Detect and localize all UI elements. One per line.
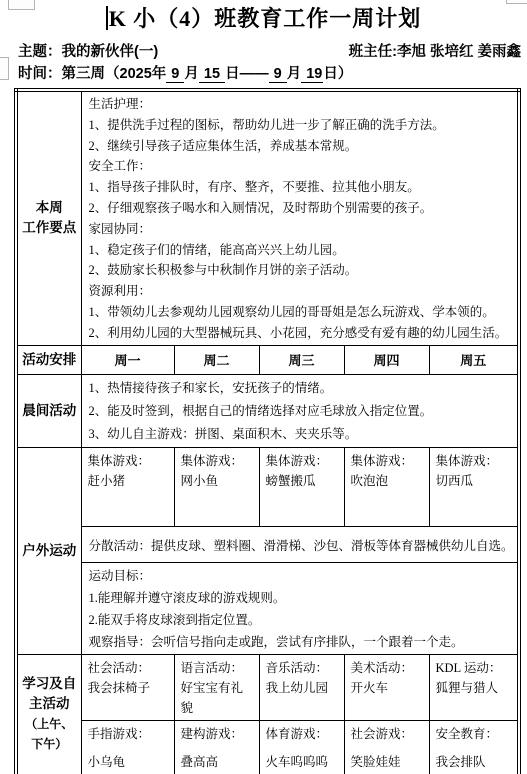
activity-label: 安全教育： [436,724,514,744]
collective-game-label: 集体游戏： [88,451,170,471]
text-line: 2、继续引导孩子适应集体生活，养成基本常规。 [89,136,515,157]
activity-value: 我会抹椅子 [88,678,170,698]
learning-cell-thursday: 美术活动： 开火车 [344,654,429,720]
table-row: 运动目标： 1.能理解并遵守滚皮球的游戏规则。 2.能双手将皮球滚到指定位置。 … [16,562,519,654]
time-sep3: 月 [287,66,302,82]
table-row: 分散活动：提供皮球、塑料圈、滑滑梯、沙包、滑板等体育器械供幼儿自选。 [16,526,519,562]
row-label-learning: 学习及自主活动 （上午、下午） [16,654,81,774]
day-header-thursday: 周四 [344,345,429,374]
time-line: 时间：第三周（2025年 9 月 15 日—— 9 月 19日） [18,62,352,83]
game-cell-friday: 安全教育： 我会排队 [429,720,519,774]
text-line: 2.能双手将皮球滚到指定位置。 [89,609,515,631]
learning-cell-wednesday: 音乐活动： 我上幼儿园 [259,654,344,720]
activity-value: 好宝宝有礼貌 [181,678,255,718]
meta-row: 主题：我的新伙伴(一) 班主任:李旭 张培红 姜雨鑫 [18,40,521,61]
day-header-tuesday: 周二 [174,345,259,374]
collective-game-cell-friday: 集体游戏： 切西瓜 [429,447,519,526]
weekly-plan-table: 本周 工作要点 生活护理： 1、提供洗手过程的图标，帮助幼儿进一步了解正确的洗手… [14,88,521,774]
game-cell-wednesday: 体育游戏： 火车呜呜呜 [259,720,344,774]
text-line: 1、指导孩子排队时，有序、整齐，不要推、拉其他小朋友。 [89,177,515,198]
collective-game-label: 集体游戏： [436,451,514,471]
edge-artifact [0,57,9,80]
weekly-points-cell: 生活护理： 1、提供洗手过程的图标，帮助幼儿进一步了解正确的洗手方法。 2、继续… [81,90,519,345]
text-line: 1、稳定孩子们的情绪，能高高兴兴上幼儿园。 [89,240,515,261]
time-sep1: 月 [184,66,199,82]
collective-game-label: 集体游戏： [181,451,255,471]
day-header-wednesday: 周三 [259,345,344,374]
text-line: 资源利用： [89,281,515,302]
row-label-schedule: 活动安排 [16,345,81,374]
collective-game-cell-monday: 集体游戏： 赶小猪 [81,447,174,526]
sport-goals-cell: 运动目标： 1.能理解并遵守滚皮球的游戏规则。 2.能双手将皮球滚到指定位置。 … [81,562,519,654]
collective-game-label: 集体游戏： [351,451,425,471]
table-row: 手指游戏： 小乌龟 建构游戏： 叠高高 体育游戏： 火车呜呜呜 社会游戏： 笑脸… [16,720,519,774]
text-line: 生活护理： [89,94,515,115]
row-label-morning: 晨间活动 [16,374,81,447]
activity-value: 小乌龟 [88,752,170,772]
text-line: 运动目标： [89,565,515,587]
table-row: 户外运动 集体游戏： 赶小猪 集体游戏： 网小鱼 集体游戏： 螃蟹搬瓜 集体游戏… [16,447,519,526]
learning-cell-friday: KDL 运动： 狐狸与猎人 [429,654,519,720]
game-cell-thursday: 社会游戏： 笑脸娃娃 [344,720,429,774]
game-cell-tuesday: 建构游戏： 叠高高 [174,720,259,774]
text-line: 2、能及时签到，根据自己的情绪选择对应毛球放入指定位置。 [89,400,515,423]
activity-value: 我会排队 [436,752,514,772]
row-label-line: 本周 [21,198,78,218]
collective-game-value: 切西瓜 [436,471,514,491]
row-label-weekly-points: 本周 工作要点 [16,90,81,345]
activity-value: 开火车 [351,678,425,698]
theme-text: 主题：我的新伙伴(一) [18,40,158,61]
collective-game-value: 吹泡泡 [351,471,425,491]
activity-label: 体育游戏： [266,724,340,744]
activity-value: 火车呜呜呜 [266,752,340,772]
collective-game-cell-wednesday: 集体游戏： 螃蟹搬瓜 [259,447,344,526]
activity-label: KDL 运动： [436,658,514,678]
activity-label: 手指游戏： [88,724,170,744]
page-title: K 小（4）班教育工作一周计划 [0,2,527,33]
row-label-line: 学习及自主活动 [21,674,78,714]
day-header-friday: 周五 [429,345,519,374]
text-line: 1、提供洗手过程的图标，帮助幼儿进一步了解正确的洗手方法。 [89,115,515,136]
text-line: 观察指导：会听信号指向走或跑，尝试有序排队，一个跟着一个走。 [89,631,515,653]
document-page: K 小（4）班教育工作一周计划 主题：我的新伙伴(一) 班主任:李旭 张培红 姜… [0,0,527,774]
text-line: 1.能理解并遵守滚皮球的游戏规则。 [89,587,515,609]
morning-activities-cell: 1、热情接待孩子和家长，安抚孩子的情绪。 2、能及时签到，根据自己的情绪选择对应… [81,374,519,447]
activity-value: 笑脸娃娃 [351,752,425,772]
day-header-monday: 周一 [81,345,174,374]
activity-label: 语言活动： [181,658,255,678]
text-line: 2、仔细观察孩子喝水和入厕情况，及时帮助个别需要的孩子。 [89,198,515,219]
activity-value: 叠高高 [181,752,255,772]
collective-game-cell-tuesday: 集体游戏： 网小鱼 [174,447,259,526]
table-row: 本周 工作要点 生活护理： 1、提供洗手过程的图标，帮助幼儿进一步了解正确的洗手… [16,90,519,345]
activity-value: 我上幼儿园 [266,678,340,698]
collective-game-cell-thursday: 集体游戏： 吹泡泡 [344,447,429,526]
learning-cell-tuesday: 语言活动： 好宝宝有礼貌 [174,654,259,720]
activity-label: 音乐活动： [266,658,340,678]
page-title-text: K 小（4）班教育工作一周计划 [109,6,422,31]
activity-label: 美术活动： [351,658,425,678]
text-line: 2、鼓励家长积极参与中秋制作月饼的亲子活动。 [89,260,515,281]
time-suffix: 日） [323,66,352,82]
text-line: 3、幼儿自主游戏：拼图、桌面积木、夹夹乐等。 [89,423,515,446]
time-prefix: 时间：第三周（2025年 [18,66,166,82]
row-label-subline: （上午、下午） [21,714,78,754]
row-label-outdoor: 户外运动 [16,447,81,654]
table-row: 晨间活动 1、热情接待孩子和家长，安抚孩子的情绪。 2、能及时签到，根据自己的情… [16,374,519,447]
game-cell-monday: 手指游戏： 小乌龟 [81,720,174,774]
time-sep2: 日—— [225,66,269,82]
text-line: 1、带领幼儿去参观幼儿园观察幼儿园的哥哥姐是怎么玩游戏、学本领的。 [89,302,515,323]
collective-game-value: 螃蟹搬瓜 [266,471,340,491]
row-label-line: 工作要点 [21,218,78,238]
collective-game-value: 网小鱼 [181,471,255,491]
time-day2: 19 [301,66,323,83]
activity-value: 狐狸与猎人 [436,678,514,698]
time-day1: 15 [199,66,225,83]
learning-cell-monday: 社会活动： 我会抹椅子 [81,654,174,720]
table-row: 学习及自主活动 （上午、下午） 社会活动： 我会抹椅子 语言活动： 好宝宝有礼貌… [16,654,519,720]
time-month1: 9 [166,66,184,83]
text-line: 安全工作： [89,156,515,177]
teachers-text: 班主任:李旭 张培红 姜雨鑫 [349,40,521,61]
activity-label: 社会游戏： [351,724,425,744]
text-line: 1、热情接待孩子和家长，安抚孩子的情绪。 [89,377,515,400]
text-cursor [106,6,108,30]
collective-game-label: 集体游戏： [266,451,340,471]
text-line: 家园协同： [89,219,515,240]
activity-label: 社会活动： [88,658,170,678]
scatter-activity-cell: 分散活动：提供皮球、塑料圈、滑滑梯、沙包、滑板等体育器械供幼儿自选。 [81,526,519,562]
table-row: 活动安排 周一 周二 周三 周四 周五 [16,345,519,374]
collective-game-value: 赶小猪 [88,471,170,491]
activity-label: 建构游戏： [181,724,255,744]
text-line: 2、利用幼儿园的大型器械玩具、小花园，充分感受有爱有趣的幼儿园生活。 [89,323,515,344]
time-month2: 9 [269,66,287,83]
